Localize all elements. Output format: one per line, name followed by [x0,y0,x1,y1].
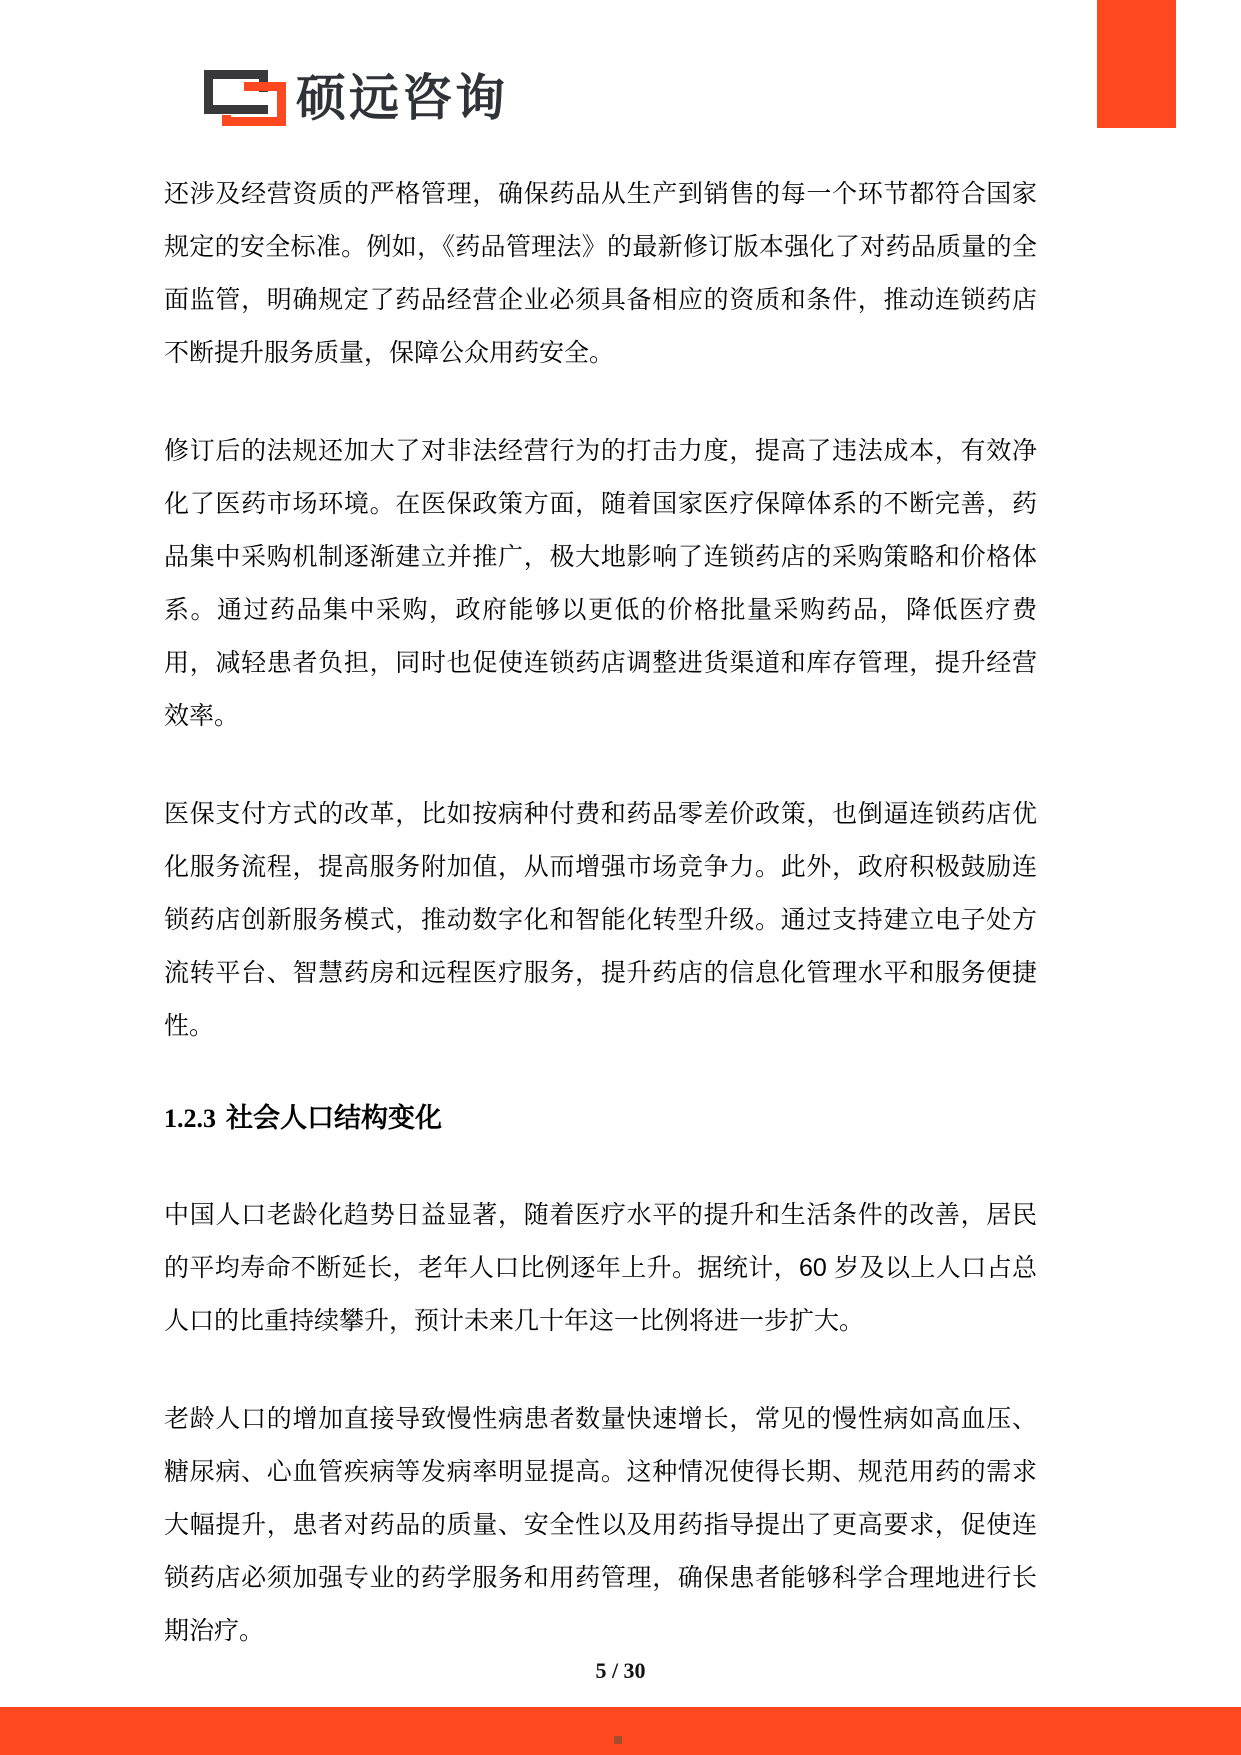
footer-dot [614,1736,622,1744]
paragraph: 还涉及经营资质的严格管理，确保药品从生产到销售的每一个环节都符合国家规定的安全标… [164,168,1037,380]
brand-logo-text: 硕远咨询 [296,70,508,126]
section-heading-number: 1.2.3 [164,1104,216,1133]
header-accent-block [1097,0,1176,128]
section-heading: 1.2.3社会人口结构变化 [164,1098,1037,1139]
page-number: 5 / 30 [595,1658,645,1683]
document-body: 还涉及经营资质的严格管理，确保药品从生产到销售的每一个环节都符合国家规定的安全标… [164,168,1037,1703]
footer-accent-bar [0,1707,1241,1755]
logo-mark-icon [204,70,286,126]
document-page: 硕远咨询 还涉及经营资质的严格管理，确保药品从生产到销售的每一个环节都符合国家规… [0,0,1241,1755]
paragraph: 中国人口老龄化趋势日益显著，随着医疗水平的提升和生活条件的改善，居民的平均寿命不… [164,1189,1037,1348]
page-header: 硕远咨询 [204,66,508,130]
section-heading-title: 社会人口结构变化 [226,1103,442,1133]
page-footer: 5 / 30 [0,1658,1241,1684]
paragraph: 修订后的法规还加大了对非法经营行为的打击力度，提高了违法成本，有效净化了医药市场… [164,425,1037,743]
paragraph: 老龄人口的增加直接导致慢性病患者数量快速增长，常见的慢性病如高血压、糖尿病、心血… [164,1393,1037,1658]
paragraph: 医保支付方式的改革，比如按病种付费和药品零差价政策，也倒逼连锁药店优化服务流程，… [164,788,1037,1053]
